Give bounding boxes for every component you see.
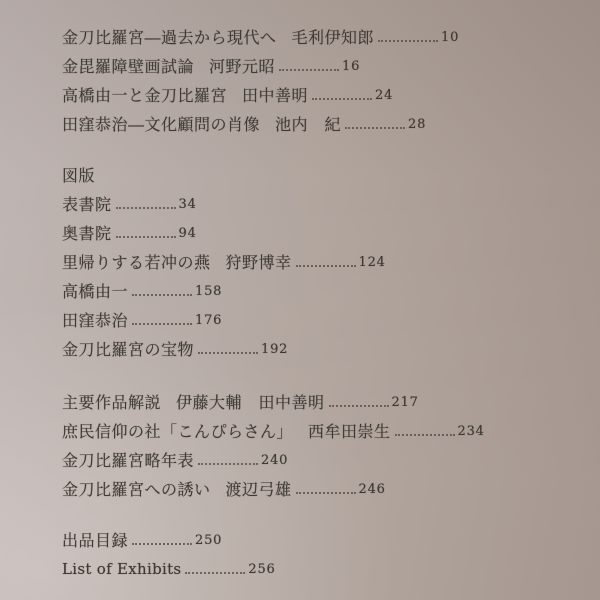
entry-title: 金刀比羅宮略年表 <box>62 448 194 471</box>
entry-author: 田中善明 <box>242 83 308 106</box>
entry-title: 高橋由一と金刀比羅宮 <box>62 83 227 106</box>
entry-page-number: 256 <box>248 562 275 577</box>
entry-title: 表書院 <box>62 192 112 215</box>
entry-page-number: 16 <box>342 59 360 74</box>
entry-page-number: 234 <box>458 424 485 439</box>
entry-author: 狩野博幸 <box>226 250 292 273</box>
toc-entry: 金刀比羅宮への誘い 渡辺弓雄 246 <box>62 474 570 503</box>
toc-entry: 田窪恭治―文化顧問の肖像 池内 紀 28 <box>62 109 570 138</box>
dot-leader <box>116 236 176 238</box>
dot-leader <box>132 294 192 296</box>
dot-leader <box>116 207 176 209</box>
dot-leader <box>395 434 455 436</box>
toc-entry: List of Exhibits 256 <box>62 554 570 583</box>
entry-title: 田窪恭治―文化顧問の肖像 <box>62 112 260 135</box>
entry-author: 池内 紀 <box>275 112 341 135</box>
toc-section-essays: 金刀比羅宮―過去から現代へ 毛利伊知郎 10 金毘羅障壁画試論 河野元昭 16 … <box>62 22 570 138</box>
entry-page-number: 94 <box>179 226 197 241</box>
entry-title: 金毘羅障壁画試論 <box>62 54 194 77</box>
toc-section-commentary: 主要作品解説 伊藤大輔 田中善明 217 庶民信仰の社「こんぴらさん」 西牟田崇… <box>62 387 570 503</box>
toc-entry: 出品目録 250 <box>62 525 570 554</box>
entry-title: 出品目録 <box>62 528 128 551</box>
entry-page-number: 246 <box>359 482 386 497</box>
entry-author: 毛利伊知郎 <box>292 25 375 48</box>
dot-leader <box>132 323 192 325</box>
toc-entry: 金毘羅障壁画試論 河野元昭 16 <box>62 51 570 80</box>
toc-entry: 金刀比羅宮略年表 240 <box>62 445 570 474</box>
entry-page-number: 240 <box>261 453 288 468</box>
section-heading-label: 図版 <box>62 163 95 186</box>
toc-entry: 高橋由一 158 <box>62 276 570 305</box>
dot-leader <box>296 265 356 267</box>
toc-entry: 主要作品解説 伊藤大輔 田中善明 217 <box>62 387 570 416</box>
toc-entry: 奥書院 94 <box>62 218 570 247</box>
entry-title: 田窪恭治 <box>62 308 128 331</box>
dot-leader <box>279 69 339 71</box>
entry-page-number: 34 <box>179 197 197 212</box>
entry-author: 西牟田崇生 <box>308 419 391 442</box>
entry-title: 金刀比羅宮の宝物 <box>62 337 194 360</box>
toc-section-lists: 出品目録 250 List of Exhibits 256 <box>62 525 570 583</box>
toc-entry: 田窪恭治 176 <box>62 305 570 334</box>
dot-leader <box>198 352 258 354</box>
entry-title: 奥書院 <box>62 221 112 244</box>
entry-page-number: 158 <box>195 284 222 299</box>
toc-entry: 里帰りする若冲の燕 狩野博幸 124 <box>62 247 570 276</box>
entry-title: 庶民信仰の社「こんぴらさん」 <box>62 419 293 442</box>
dot-leader <box>378 40 438 42</box>
toc-entry: 表書院 34 <box>62 189 570 218</box>
entry-page-number: 10 <box>441 30 459 45</box>
section-heading: 図版 <box>62 160 570 189</box>
toc-entry: 金刀比羅宮の宝物 192 <box>62 334 570 363</box>
entry-title: List of Exhibits <box>62 560 181 578</box>
entry-page-number: 24 <box>375 88 393 103</box>
entry-page-number: 124 <box>359 255 386 270</box>
entry-title: 金刀比羅宮への誘い <box>62 477 211 500</box>
dot-leader <box>296 492 356 494</box>
entry-title: 里帰りする若冲の燕 <box>62 250 211 273</box>
dot-leader <box>329 405 389 407</box>
entry-title: 金刀比羅宮―過去から現代へ <box>62 25 277 48</box>
dot-leader <box>312 98 372 100</box>
toc-entry: 金刀比羅宮―過去から現代へ 毛利伊知郎 10 <box>62 22 570 51</box>
entry-page-number: 250 <box>195 533 222 548</box>
entry-page-number: 28 <box>408 117 426 132</box>
book-toc-page: 金刀比羅宮―過去から現代へ 毛利伊知郎 10 金毘羅障壁画試論 河野元昭 16 … <box>0 0 600 600</box>
dot-leader <box>198 463 258 465</box>
toc-entry: 高橋由一と金刀比羅宮 田中善明 24 <box>62 80 570 109</box>
entry-author: 渡辺弓雄 <box>226 477 292 500</box>
entry-title: 高橋由一 <box>62 279 128 302</box>
entry-author: 伊藤大輔 田中善明 <box>176 390 325 413</box>
entry-page-number: 217 <box>392 395 419 410</box>
dot-leader <box>132 543 192 545</box>
dot-leader <box>345 127 405 129</box>
entry-author: 河野元昭 <box>209 54 275 77</box>
entry-title: 主要作品解説 <box>62 390 161 413</box>
toc-entry: 庶民信仰の社「こんぴらさん」 西牟田崇生 234 <box>62 416 570 445</box>
toc-section-plates: 図版 表書院 34 奥書院 94 里帰りする若冲の燕 狩野博幸 124 高橋由一… <box>62 160 570 363</box>
dot-leader <box>185 572 245 574</box>
entry-page-number: 192 <box>261 342 288 357</box>
entry-page-number: 176 <box>195 313 222 328</box>
